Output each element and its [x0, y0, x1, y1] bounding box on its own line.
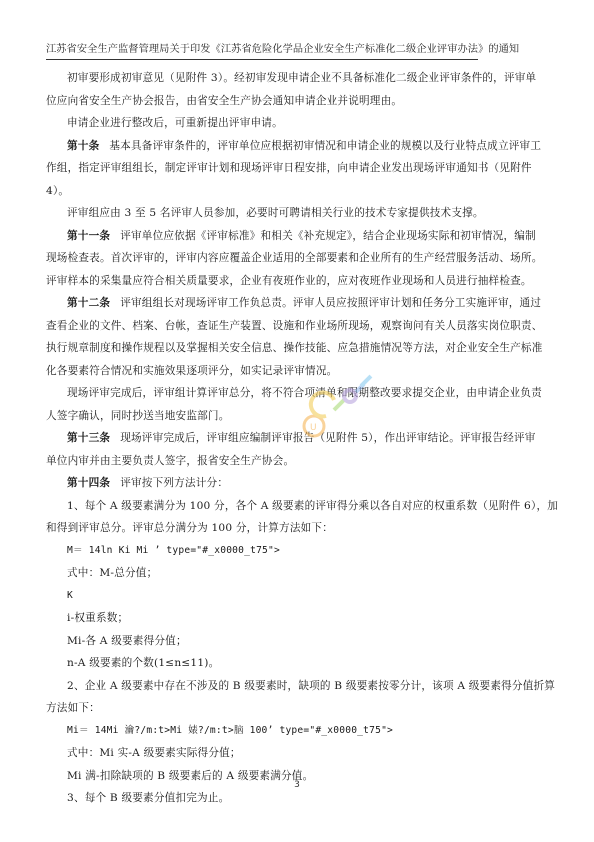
text-line: 化各要素符合情况和实施效果逐项评分，如实记录评审情况。	[46, 360, 548, 383]
line-text: 式中：M-总分值；	[67, 567, 157, 579]
line-text: 评审单位应依据《评审标准》和相关《补充规定》，结合企业现场实际和初审情况，编制	[120, 230, 536, 242]
line-text: 评审按下列方法计分：	[120, 477, 228, 489]
line-text: 2、企业 A 级要素中存在不涉及的 B 级要素时，缺项的 B 级要素按零分计，该…	[67, 680, 555, 692]
text-line: 作组，指定评审组组长，制定评审计划和现场评审日程安排，向申请企业发出现场评审通知…	[46, 157, 548, 180]
article-number: 第十二条	[67, 297, 110, 309]
line-text: 现场检查表。首次评审的，评审内容应覆盖企业适用的全部要素和企业所有的生产经营服务…	[46, 252, 543, 264]
line-text: 4）。	[46, 185, 69, 197]
line-text: 和得到评审总分。评审总分满分为 100 分，计算方法如下：	[46, 522, 333, 534]
line-text: 化各要素符合情况和实施效果逐项评分，如实记录评审情况。	[46, 365, 337, 377]
text-line: Mi-各 A 级要素得分值；	[46, 630, 548, 653]
article-paragraph: 第十一条评审单位应依据《评审标准》和相关《补充规定》，结合企业现场实际和初审情况…	[46, 225, 548, 248]
text-line: 方法如下：	[46, 697, 548, 720]
line-text: 单位内审并由主要负责人签字，报省安全生产协会。	[46, 455, 294, 467]
text-line: 评审组应由 3 至 5 名评审人员参加，必要时可聘请相关行业的技术专家提供技术支…	[46, 202, 548, 225]
text-line: 式中：Mi 实-A 级要素实际得分值；	[46, 742, 548, 765]
line-text: 评审组应由 3 至 5 名评审人员参加，必要时可聘请相关行业的技术专家提供技术支…	[67, 207, 484, 219]
line-text: 3、每个 B 级要素分值扣完为止。	[67, 792, 229, 804]
text-line: 人签字确认，同时抄送当地安监部门。	[46, 405, 548, 428]
text-line: 和得到评审总分。评审总分满分为 100 分，计算方法如下：	[46, 517, 548, 540]
text-line: n-A 级要素的个数(1≤n≤11)。	[46, 652, 548, 675]
line-text: 申请企业进行整改后，可重新提出评审申请。	[67, 117, 283, 129]
text-line: Mi＝ 14Mi 瀹?/m:t>Mi 婊?/m:t>脑 100’ type="#…	[46, 720, 548, 743]
header-divider	[46, 59, 478, 60]
line-text: 位应向省安全生产协会报告，由省安全生产协会通知申请企业并说明理由。	[46, 95, 402, 107]
text-line: 查看企业的文件、档案、台帐，查证生产装置、设施和作业场所现场，观察询问有关人员落…	[46, 315, 548, 338]
document-body: 初审要形成初审意见（见附件 3）。经初审发现申请企业不具备标准化二级企业评审条件…	[46, 67, 548, 810]
article-number: 第十一条	[67, 230, 110, 242]
line-text: 人签字确认，同时抄送当地安监部门。	[46, 410, 230, 422]
text-line: 4）。	[46, 180, 548, 203]
line-text: 方法如下：	[46, 702, 100, 714]
line-text: i-权重系数；	[67, 612, 128, 624]
article-number: 第十条	[67, 140, 99, 152]
text-line: 3、每个 B 级要素分值扣完为止。	[46, 787, 548, 810]
line-text: 初审要形成初审意见（见附件 3）。经初审发现申请企业不具备标准化二级企业评审条件…	[67, 72, 536, 84]
text-line: 现场评审完成后，评审组计算评审总分，将不符合项清单和限期整改要求提交企业，由申请…	[46, 382, 548, 405]
text-line: 式中：M-总分值；	[46, 562, 548, 585]
article-number: 第十三条	[67, 432, 110, 444]
line-text: 1、每个 A 级要素满分为 100 分，各个 A 级要素的评审得分乘以各自对应的…	[67, 500, 558, 512]
line-text: 执行规章制度和操作规程以及掌握相关安全信息、操作技能、应急措施情况等方法，对企业…	[46, 342, 543, 354]
text-line: M＝ 14ln Ki Mi ’ type="#_x0000_t75">	[46, 540, 548, 563]
text-line: 单位内审并由主要负责人签字，报省安全生产协会。	[46, 450, 548, 473]
line-text: M＝ 14ln Ki Mi ’ type="#_x0000_t75">	[67, 545, 280, 556]
line-text: 作组，指定评审组组长，制定评审计划和现场评审日程安排，向申请企业发出现场评审通知…	[46, 162, 532, 174]
article-paragraph: 第十二条评审组组长对现场评审工作负总责。评审人员应按照评审计划和任务分工实施评审…	[46, 292, 548, 315]
text-line: 现场检查表。首次评审的，评审内容应覆盖企业适用的全部要素和企业所有的生产经营服务…	[46, 247, 548, 270]
line-text: 查看企业的文件、档案、台帐，查证生产装置、设施和作业场所现场，观察询问有关人员落…	[46, 320, 543, 332]
article-paragraph: 第十四条评审按下列方法计分：	[46, 472, 548, 495]
text-line: 评审样本的采集量应符合相关质量要求，企业有夜班作业的，应对夜班作业现场和人员进行…	[46, 270, 548, 293]
text-line: K	[46, 585, 548, 608]
line-text: 基本具备评审条件的，评审单位应根据初审情况和申请企业的规模以及行业特点成立评审工	[109, 140, 541, 152]
text-line: 初审要形成初审意见（见附件 3）。经初审发现申请企业不具备标准化二级企业评审条件…	[46, 67, 548, 90]
line-text: 评审样本的采集量应符合相关质量要求，企业有夜班作业的，应对夜班作业现场和人员进行…	[46, 275, 532, 287]
watermark-logo-icon: U	[300, 370, 380, 440]
text-line: 1、每个 A 级要素满分为 100 分，各个 A 级要素的评审得分乘以各自对应的…	[46, 495, 548, 518]
text-line: 位应向省安全生产协会报告，由省安全生产协会通知申请企业并说明理由。	[46, 90, 548, 113]
line-text: 式中：Mi 实-A 级要素实际得分值；	[67, 747, 241, 759]
page-number: 3	[0, 780, 594, 790]
text-line: 申请企业进行整改后，可重新提出评审申请。	[46, 112, 548, 135]
article-paragraph: 第十三条现场评审完成后，评审组应编制评审报告（见附件 5），作出评审结论。评审报…	[46, 427, 548, 450]
article-paragraph: 第十条基本具备评审条件的，评审单位应根据初审情况和申请企业的规模以及行业特点成立…	[46, 135, 548, 158]
line-text: 评审组组长对现场评审工作负总责。评审人员应按照评审计划和任务分工实施评审，通过	[120, 297, 541, 309]
line-text: Mi-各 A 级要素得分值；	[67, 635, 187, 647]
article-number: 第十四条	[67, 477, 110, 489]
line-text: K	[67, 590, 73, 601]
line-text: Mi＝ 14Mi 瀹?/m:t>Mi 婊?/m:t>脑 100’ type="#…	[67, 725, 393, 736]
svg-text:U: U	[310, 423, 317, 433]
text-line: 执行规章制度和操作规程以及掌握相关安全信息、操作技能、应急措施情况等方法，对企业…	[46, 337, 548, 360]
text-line: 2、企业 A 级要素中存在不涉及的 B 级要素时，缺项的 B 级要素按零分计，该…	[46, 675, 548, 698]
text-line: i-权重系数；	[46, 607, 548, 630]
document-header: 江苏省安全生产监督管理局关于印发《江苏省危险化学品企业安全生产标准化二级企业评审…	[46, 40, 478, 55]
line-text: n-A 级要素的个数(1≤n≤11)。	[67, 657, 219, 669]
